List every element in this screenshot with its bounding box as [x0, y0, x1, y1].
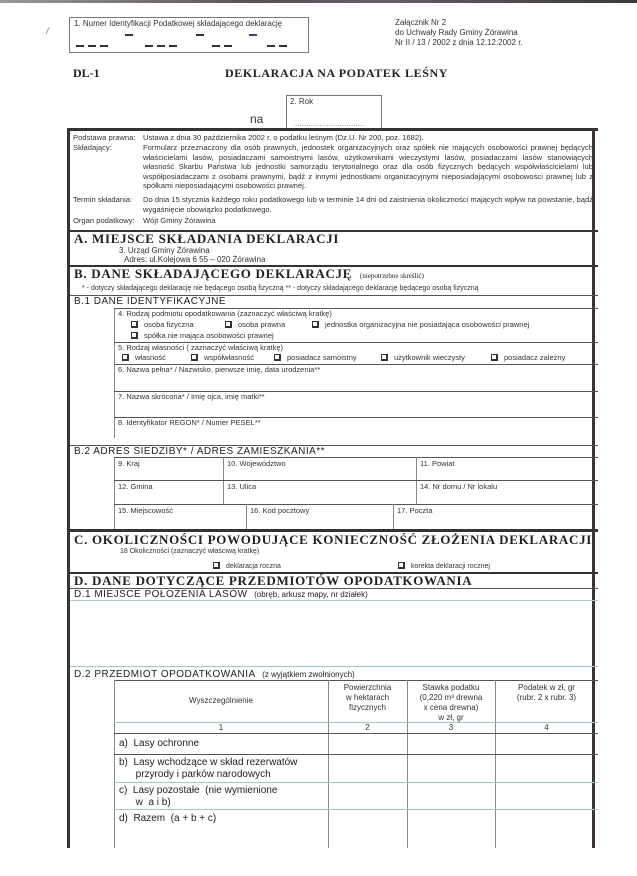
tax-input[interactable] — [496, 755, 598, 782]
field-15-label: 15. Miejscowość — [118, 506, 173, 515]
table-row: a) Lasy ochronne — [114, 734, 598, 754]
year-field[interactable]: 2. Rok ............................... — [286, 95, 382, 130]
checkbox-korekta[interactable]: korekta deklaracji rocznej — [398, 562, 490, 570]
nip-digit-slot — [212, 45, 220, 47]
section-d2-note: (z wyjątkiem zwolnionych) — [262, 670, 354, 679]
section-d2-title: D.2 PRZEDMIOT OPODATKOWANIA (z wyjątkiem… — [74, 669, 355, 680]
tax-total[interactable] — [496, 810, 598, 848]
divider — [114, 308, 115, 438]
declaration-form: Podstawa prawna: Ustawa z dnia 30 paździ… — [67, 128, 595, 848]
field-14-label: 14. Nr domu / Nr lokalu — [420, 482, 497, 491]
column-header-1: Wyszczególnienie — [114, 696, 328, 706]
section-b2-title: B.2 ADRES SIEDZIBY* / ADRES ZAMIESZKANIA… — [74, 446, 325, 457]
rate-input[interactable] — [408, 755, 495, 782]
field-18-label: 18 Okoliczności (zaznaczyć właściwą krat… — [120, 547, 259, 556]
tax-table: Wyszczególnienie Powierzchnia w hektarac… — [114, 680, 598, 848]
field-17-label: 17. Poczta — [397, 506, 432, 515]
checkbox-osoba-fizyczna[interactable]: osoba fizyczna — [131, 320, 194, 329]
checkbox-icon[interactable] — [213, 562, 220, 569]
column-number-1: 1 — [114, 723, 328, 732]
divider — [416, 457, 417, 505]
section-a-title: A. MIEJSCE SKŁADANIA DEKLARACJI — [74, 231, 339, 247]
divider — [114, 457, 115, 529]
year-prefix: na — [250, 112, 263, 126]
divider — [70, 128, 598, 131]
nip-label: 1. Numer Identyfikacji Podatkowej składa… — [74, 19, 282, 28]
annex-line-3: Nr II / 13 / 2002 z dnia 12.12.2002 r. — [395, 38, 523, 48]
row-label: c) Lasy pozostałe (nie wymienione w a i … — [119, 785, 277, 809]
checkbox-osoba-prawna[interactable]: osoba prawna — [225, 320, 285, 329]
nip-digit-slot — [224, 45, 232, 47]
tax-input[interactable] — [496, 734, 598, 754]
section-b1-title: B.1 DANE IDENTYFIKACYJNE — [74, 296, 226, 307]
column-number-4: 4 — [495, 723, 598, 732]
row-label: b) Lasy wchodzące w skład rezerwatów prz… — [119, 757, 297, 781]
area-input[interactable] — [329, 783, 407, 809]
column-number-2: 2 — [328, 723, 407, 732]
field-13-label: 13. Ulica — [227, 482, 256, 491]
table-row: b) Lasy wchodzące w skład rezerwatów prz… — [114, 755, 598, 782]
form-code: DL-1 — [73, 66, 100, 81]
divider — [393, 504, 394, 529]
column-header-2: Powierzchnia w hektarach fizycznych — [328, 683, 407, 713]
table-row: d) Razem (a + b + c) — [114, 810, 598, 848]
annex-reference: Załącznik Nr 2 do Uchwały Rady Gminy Żór… — [395, 18, 523, 48]
nip-digit-slot — [279, 45, 287, 47]
divider — [114, 504, 598, 505]
rate-total[interactable] — [408, 810, 495, 848]
field-9-label: 9. Kraj — [118, 459, 140, 468]
tax-input[interactable] — [496, 783, 598, 809]
field-6-label: 6. Nazwa pełna* / Nazwisko, pierwsze imi… — [118, 365, 320, 374]
nip-separator — [125, 34, 133, 36]
field-6-input[interactable] — [114, 374, 598, 390]
nip-digit-slot — [88, 45, 96, 47]
area-input[interactable] — [329, 755, 407, 782]
field-8-label: 8. Identyfikator REGON* / Numer PESEL** — [118, 418, 261, 427]
checkbox-posiadacz-zalezny[interactable]: posiadacz zależny — [491, 353, 565, 362]
divider — [246, 504, 247, 529]
checkbox-deklaracja-roczna[interactable]: deklaracja roczna — [213, 562, 281, 570]
checkbox-icon[interactable] — [131, 332, 138, 339]
checkbox-icon[interactable] — [312, 321, 319, 328]
nip-digit-slot — [100, 45, 108, 47]
annex-line-1: Załącznik Nr 2 — [395, 18, 523, 28]
checkbox-icon[interactable] — [191, 354, 198, 361]
checkbox-icon[interactable] — [274, 354, 281, 361]
divider — [223, 457, 224, 505]
scan-mark: / — [45, 26, 50, 37]
section-d-title: D. DANE DOTYCZĄCE PRZEDMIOTÓW OPODATKOWA… — [74, 573, 472, 589]
checkbox-spolka[interactable]: spółka nie mająca osobowości prawnej — [131, 331, 274, 340]
scan-top-edge — [0, 0, 637, 3]
section-b-footnote: * - dotyczy składającego deklarację nie … — [82, 284, 479, 293]
field-7-label: 7. Nazwa skrócona* / Imię ojca, imię mat… — [118, 392, 265, 401]
forest-location-input[interactable] — [70, 601, 598, 665]
column-header-3: Stawka podatku (0,220 m³ drewna x cena d… — [407, 683, 495, 723]
annex-line-2: do Uchwały Rady Gminy Żórawina — [395, 28, 523, 38]
table-row: c) Lasy pozostałe (nie wymienione w a i … — [114, 783, 598, 809]
checkbox-icon[interactable] — [491, 354, 498, 361]
year-label: 2. Rok — [290, 97, 313, 106]
field-10-label: 10. Województwo — [227, 459, 286, 468]
nip-digit-slot — [169, 45, 177, 47]
divider — [114, 457, 598, 458]
nip-digit-slot — [145, 45, 153, 47]
checkbox-icon[interactable] — [131, 321, 138, 328]
nip-separator — [249, 34, 257, 36]
row-label: d) Razem (a + b + c) — [119, 813, 216, 824]
checkbox-wlasnosc[interactable]: własność — [122, 353, 166, 362]
page-title: DEKLARACJA NA PODATEK LEŚNY — [225, 66, 448, 81]
section-b-title: B. DANE SKŁADAJĄCEGO DEKLARACJĘ (niepotr… — [74, 266, 424, 282]
divider — [114, 480, 598, 481]
nip-digit-slot — [157, 45, 165, 47]
nip-separator — [196, 34, 204, 36]
section-c-title: C. OKOLICZNOŚCI POWODUJĄCE KONIECZNOŚĆ Z… — [74, 532, 592, 548]
checkbox-icon[interactable] — [225, 321, 232, 328]
checkbox-uzytkownik-wieczysty[interactable]: użytkownik wieczysty — [381, 353, 465, 362]
field-7-input[interactable] — [114, 401, 598, 416]
field-12-label: 12. Gmina — [118, 482, 153, 491]
field-11-label: 11. Powiat — [420, 459, 454, 468]
checkbox-jednostka-organizacyjna[interactable]: jednostka organizacyjna nie posiadająca … — [312, 320, 529, 329]
area-total[interactable] — [329, 810, 407, 848]
section-d1-title: D.1 MIEJSCE POŁOŻENIA LASÓW (obręb, arku… — [74, 589, 368, 600]
rate-input[interactable] — [408, 734, 495, 754]
nip-field[interactable]: 1. Numer Identyfikacji Podatkowej składa… — [69, 17, 309, 53]
divider — [70, 666, 598, 667]
checkbox-icon[interactable] — [122, 354, 129, 361]
nip-digit-slot — [267, 45, 275, 47]
tax-office-address: Adres: ul.Kolejowa 6 55 – 020 Żórawina — [124, 255, 265, 265]
checkbox-wspolwlasnosc[interactable]: współwłasność — [191, 353, 254, 362]
nip-digit-slot — [76, 45, 84, 47]
field-16-label: 16. Kod pocztowy — [250, 506, 309, 515]
section-d1-note: (obręb, arkusz mapy, nr działek) — [254, 590, 368, 599]
section-b-note: (niepotrzebne skreślić) — [360, 272, 424, 280]
row-label: a) Lasy ochronne — [119, 738, 199, 749]
column-header-4: Podatek w zł, gr (rubr. 2 x rubr. 3) — [495, 683, 598, 703]
area-input[interactable] — [329, 734, 407, 754]
column-number-3: 3 — [407, 723, 495, 732]
field-8-input[interactable] — [114, 427, 598, 439]
field-5-label: 5. Rodzaj własności ( zaznaczyć właściwą… — [118, 343, 283, 352]
checkbox-posiadacz-samoistny[interactable]: posiadacz samoistny — [274, 353, 357, 362]
divider — [114, 680, 598, 681]
checkbox-icon[interactable] — [381, 354, 388, 361]
year-input-placeholder[interactable]: ............................... — [295, 121, 365, 128]
field-4-label: 4. Rodzaj podmiotu opodatkowania (zaznac… — [118, 309, 332, 318]
rate-input[interactable] — [408, 783, 495, 809]
checkbox-icon[interactable] — [398, 562, 405, 569]
